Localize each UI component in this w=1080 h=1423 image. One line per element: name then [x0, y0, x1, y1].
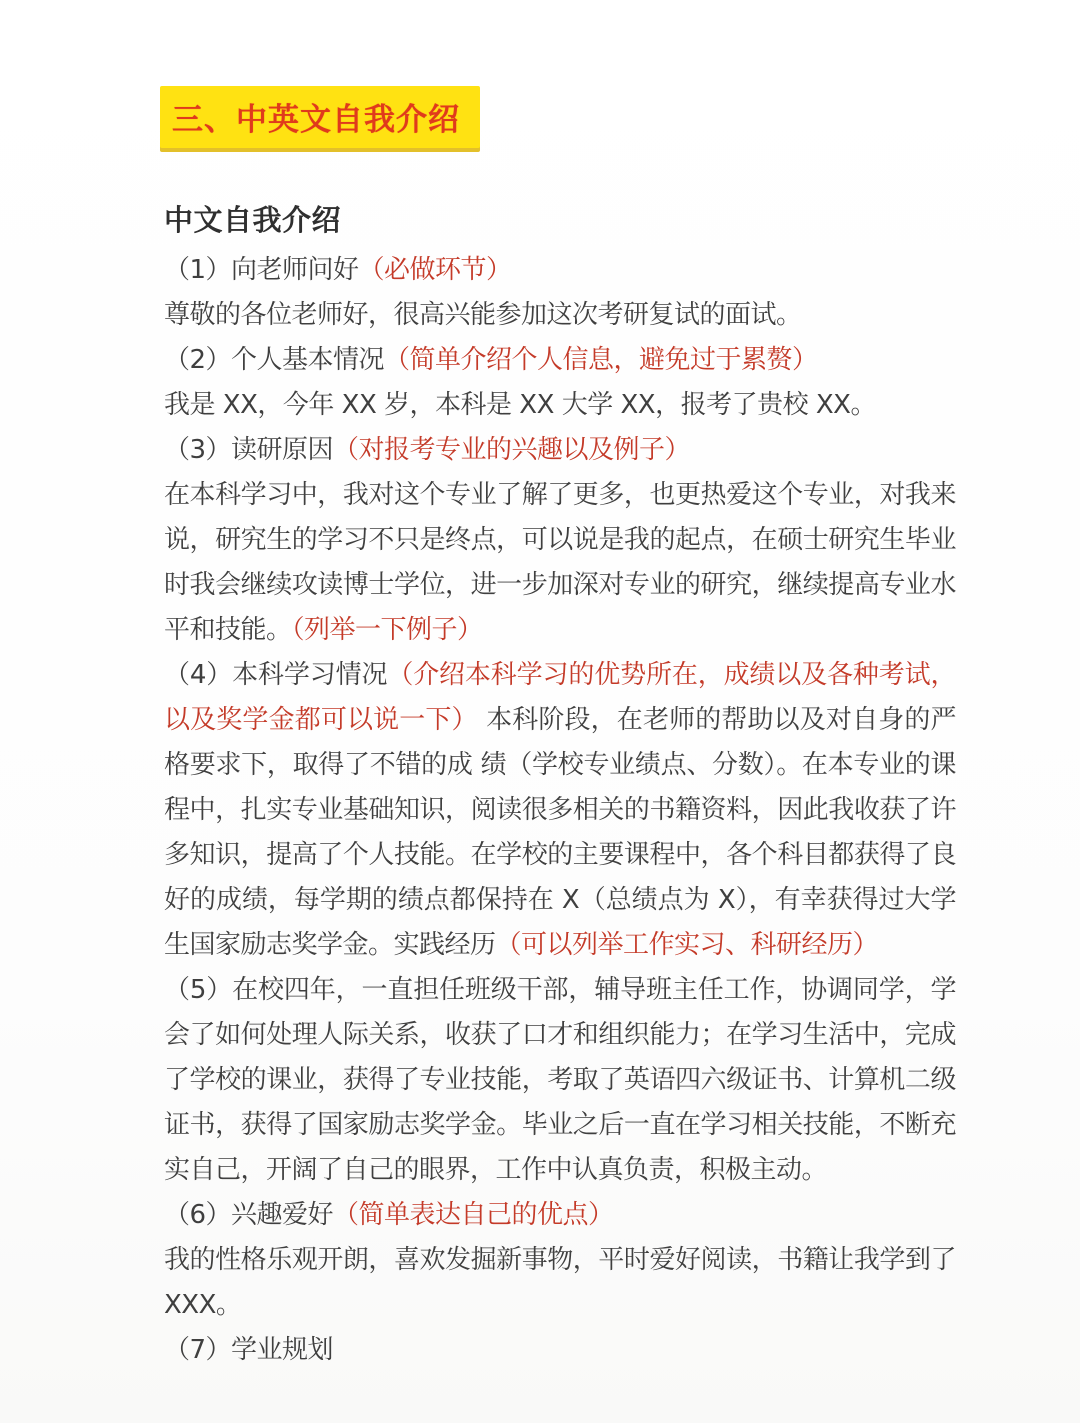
- paragraph-undergrad-study: （4）本科学习情况（介绍本科学习的优势所在，成绩以及各种考试，以及奖学金都可以说…: [164, 653, 956, 968]
- text-segment: 我是 XX，今年 XX 岁，本科是 XX 大学 XX，报考了贵校 XX。: [164, 390, 876, 420]
- annotation-segment: （简单介绍个人信息，避免过于累赘）: [384, 345, 818, 375]
- document-page: 三、中英文自我介绍 中文自我介绍 （1）向老师问好（必做环节） 尊敬的各位老师好…: [0, 0, 1080, 1423]
- section-title-row: 三、中英文自我介绍: [160, 86, 953, 148]
- text-segment: （1）向老师问好: [164, 255, 359, 285]
- text-segment: （5）在校四年，一直担任班级干部，辅导班主任工作，协调同学，学会了如何处理人际关…: [164, 975, 956, 1185]
- section-title: 三、中英文自我介绍: [172, 102, 460, 138]
- text-segment: （2）个人基本情况: [164, 345, 384, 375]
- annotation-segment: （列举一下例子）: [292, 615, 483, 645]
- paragraph-hobbies-header: （6）兴趣爱好（简单表达自己的优点）: [164, 1193, 956, 1238]
- paragraph-hobbies-body: 我的性格乐观开朗，喜欢发掘新事物，平时爱好阅读，书籍让我学到了 XXX。: [164, 1238, 956, 1328]
- document-body: （1）向老师问好（必做环节） 尊敬的各位老师好，很高兴能参加这次考研复试的面试。…: [164, 248, 956, 1373]
- section-title-highlight: 三、中英文自我介绍: [160, 86, 480, 148]
- annotation-segment: （对报考专业的兴趣以及例子）: [333, 435, 690, 465]
- text-segment: （4）本科学习情况: [164, 660, 387, 690]
- chinese-self-intro-heading: 中文自我介绍: [164, 198, 953, 239]
- text-segment: （7）学业规划: [164, 1335, 333, 1365]
- paragraph-reason-header: （3）读研原因（对报考专业的兴趣以及例子）: [164, 428, 956, 473]
- paragraph-campus-experience: （5）在校四年，一直担任班级干部，辅导班主任工作，协调同学，学会了如何处理人际关…: [164, 968, 956, 1193]
- paragraph-reason-body: 在本科学习中，我对这个专业了解了更多，也更热爱这个专业，对我来说，研究生的学习不…: [164, 473, 956, 653]
- text-segment: （3）读研原因: [164, 435, 333, 465]
- text-segment: 在本科学习中，我对这个专业了解了更多，也更热爱这个专业，对我来说，研究生的学习不…: [164, 480, 956, 645]
- paragraph-basic-info-header: （2）个人基本情况（简单介绍个人信息，避免过于累赘）: [164, 338, 956, 383]
- annotation-segment: （简单表达自己的优点）: [333, 1200, 614, 1230]
- text-segment: 本科阶段，在老师的帮助以及对自身的严格要求下，取得了不错的成 绩（学校专业绩点、…: [164, 705, 956, 960]
- annotation-segment: （必做环节）: [359, 255, 512, 285]
- text-segment: 我的性格乐观开朗，喜欢发掘新事物，平时爱好阅读，书籍让我学到了 XXX。: [164, 1245, 956, 1320]
- paragraph-greeting-header: （1）向老师问好（必做环节）: [164, 248, 956, 293]
- paragraph-greeting-body: 尊敬的各位老师好，很高兴能参加这次考研复试的面试。: [164, 293, 956, 338]
- paragraph-academic-plan-header: （7）学业规划: [164, 1328, 956, 1373]
- text-segment: （6）兴趣爱好: [164, 1200, 333, 1230]
- paragraph-basic-info-body: 我是 XX，今年 XX 岁，本科是 XX 大学 XX，报考了贵校 XX。: [164, 383, 956, 428]
- text-segment: 尊敬的各位老师好，很高兴能参加这次考研复试的面试。: [164, 300, 802, 330]
- annotation-segment: （可以列举工作实习、科研经历）: [496, 930, 879, 960]
